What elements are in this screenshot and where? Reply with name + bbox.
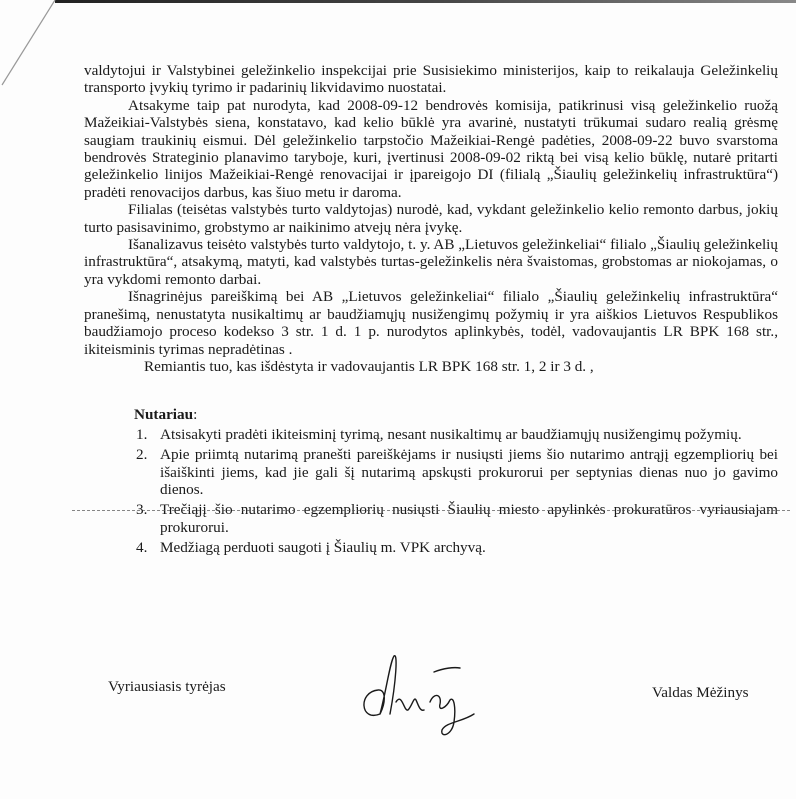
decision-item: 1. Atsisakyti pradėti ikiteisminį tyrimą… [160,426,778,443]
paragraph-branch-statement: Filialas (teisėtas valstybės turto valdy… [84,201,778,236]
decision-heading: Nutariau: [134,406,778,423]
signer-name: Valdas Mėžinys [652,684,749,702]
signature-block: Vyriausiasis tyrėjas Valdas Mėžinys [0,672,796,732]
scan-fold-line [0,0,60,90]
handwritten-signature [350,652,520,742]
decision-text: Medžiagą perduoti saugoti į Šiaulių m. V… [160,539,486,556]
scan-artifact-line [72,510,790,512]
scan-edge-shadow [55,0,796,3]
paragraph-analysis: Išanalizavus teisėto valstybės turto val… [84,236,778,288]
document-page: valdytojui ir Valstybinei geležinkelio i… [84,62,778,560]
decision-list: 1. Atsisakyti pradėti ikiteisminį tyrimą… [84,426,778,557]
signer-title: Vyriausiasis tyrėjas [108,678,226,696]
decision-item: 3. Trečiąjį šio nutarimo egzempliorių nu… [160,501,778,536]
decision-text: Atsisakyti pradėti ikiteisminį tyrimą, n… [160,426,742,443]
decision-text: Apie priimtą nutarimą pranešti pareiškėj… [160,446,778,498]
decision-item: 2. Apie priimtą nutarimą pranešti pareiš… [160,446,778,498]
decision-item: 4. Medžiagą perduoti saugoti į Šiaulių m… [160,539,778,556]
paragraph-basis: Remiantis tuo, kas išdėstyta ir vadovauj… [84,358,778,375]
paragraph-response: Atsakyme taip pat nurodyta, kad 2008-09-… [84,97,778,201]
paragraph-examination: Išnagrinėjus pareiškimą bei AB „Lietuvos… [84,288,778,358]
paragraph-continuation: valdytojui ir Valstybinei geležinkelio i… [84,62,778,97]
decision-text: Trečiąjį šio nutarimo egzempliorių nusių… [160,501,778,535]
